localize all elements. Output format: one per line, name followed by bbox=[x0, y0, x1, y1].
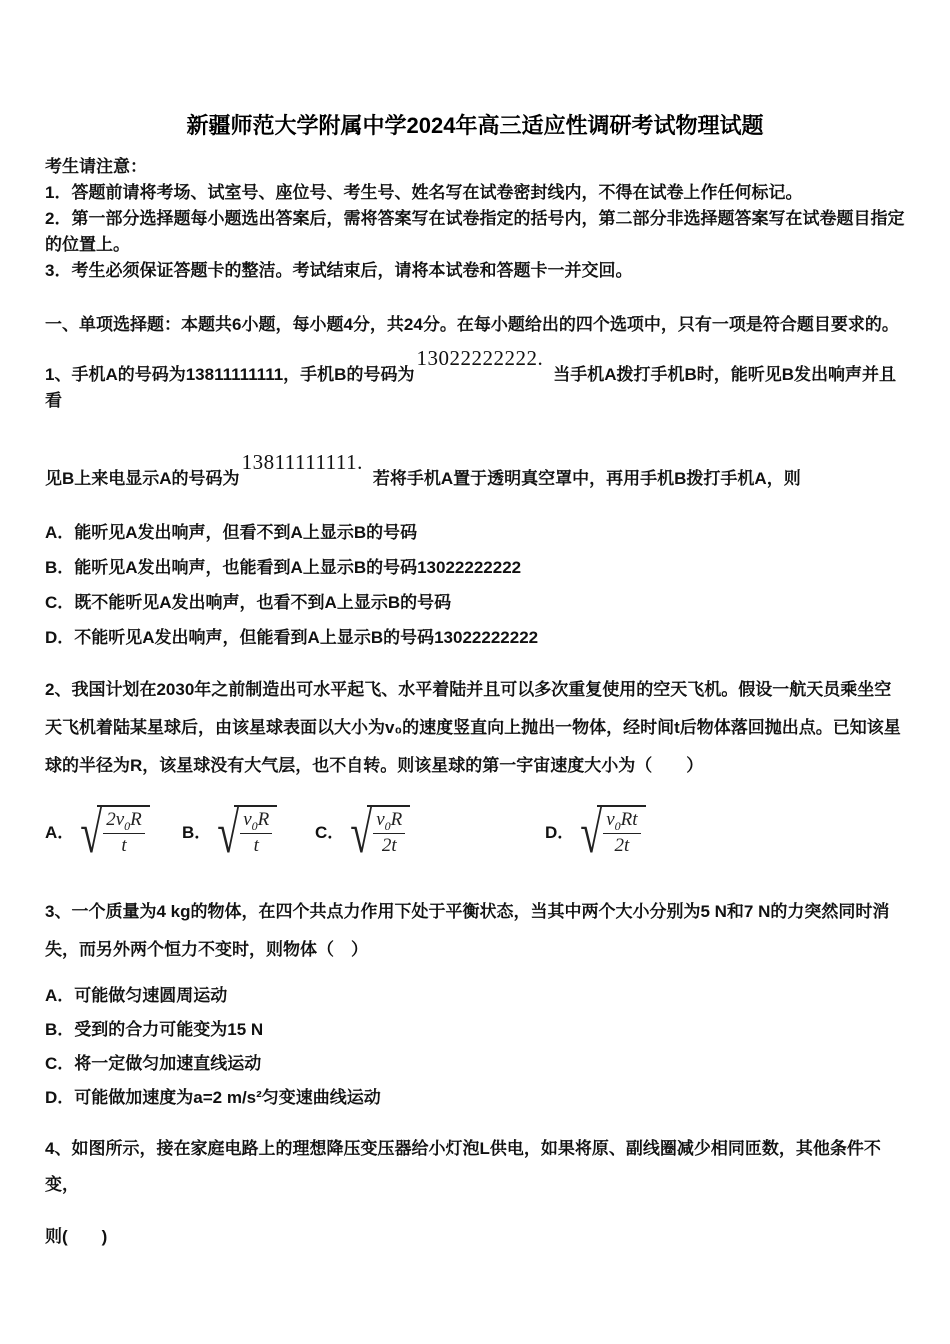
radical-sign-icon: √ bbox=[217, 804, 239, 881]
sqrt-formula: √ v0Rt 2t bbox=[580, 804, 645, 857]
q2-stem: 2、我国计划在2030年之前制造出可水平起飞、水平着陆并且可以多次重复使用的空天… bbox=[45, 671, 905, 785]
fraction-numerator: v0Rt bbox=[603, 809, 640, 834]
q3-option-b: B．受到的合力可能变为15 N bbox=[45, 1013, 905, 1047]
fraction-denominator: 2t bbox=[373, 834, 405, 857]
question-4: 4、如图所示，接在家庭电路上的理想降压变压器给小灯泡L供电，如果将原、副线圈减少… bbox=[45, 1131, 905, 1255]
radical-sign-icon: √ bbox=[350, 804, 372, 881]
q2-option-c: C． √ v0R 2t bbox=[315, 804, 545, 857]
notice-item-2: 2．第一部分选择题每小题选出答案后，需将答案写在试卷指定的括号内，第二部分非选择… bbox=[45, 206, 905, 258]
q3-stem: 3、一个质量为4 kg的物体，在四个共点力作用下处于平衡状态，当其中两个大小分别… bbox=[45, 893, 905, 969]
q3-option-d: D．可能做加速度为a=2 m/s²匀变速曲线运动 bbox=[45, 1081, 905, 1115]
q4-stem-line-1: 4、如图所示，接在家庭电路上的理想降压变压器给小灯泡L供电，如果将原、副线圈减少… bbox=[45, 1131, 905, 1203]
question-2: 2、我国计划在2030年之前制造出可水平起飞、水平着陆并且可以多次重复使用的空天… bbox=[45, 671, 905, 861]
notice-item-1: 1．答题前请将考场、试室号、座位号、考生号、姓名写在试卷密封线内，不得在试卷上作… bbox=[45, 180, 905, 206]
sqrt-formula: √ v0R 2t bbox=[350, 804, 410, 857]
exam-page: 新疆师范大学附属中学2024年高三适应性调研考试物理试题 考生请注意： 1．答题… bbox=[0, 0, 950, 1255]
q2-option-d-letter: D． bbox=[545, 818, 574, 843]
sqrt-formula: √ 2v0R t bbox=[80, 804, 150, 857]
q2-option-a: A． √ 2v0R t bbox=[45, 804, 182, 857]
q1-stem-text: 若将手机A置于透明真空罩中，再用手机B拨打手机A，则 bbox=[373, 469, 801, 488]
q3-option-a: A．可能做匀速圆周运动 bbox=[45, 979, 905, 1013]
radical-sign-icon: √ bbox=[80, 804, 102, 881]
notice-section: 考生请注意： 1．答题前请将考场、试室号、座位号、考生号、姓名写在试卷密封线内，… bbox=[45, 154, 905, 284]
q4-stem-line-2: 则( ) bbox=[45, 1219, 905, 1255]
question-3: 3、一个质量为4 kg的物体，在四个共点力作用下处于平衡状态，当其中两个大小分别… bbox=[45, 893, 905, 1115]
q1-option-d: D．不能听见A发出响声，但能看到A上显示B的号码13022222222 bbox=[45, 620, 905, 655]
radicand: v0Rt 2t bbox=[597, 805, 645, 857]
fraction-denominator: t bbox=[240, 834, 272, 857]
q2-option-d: D． √ v0Rt 2t bbox=[545, 804, 646, 857]
q1-stem-line-2: 见B上来电显示A的号码为13811111111.若将手机A置于透明真空罩中，再用… bbox=[45, 464, 905, 492]
notice-item-3: 3．考生必须保证答题卡的整洁。考试结束后，请将本试卷和答题卡一并交回。 bbox=[45, 258, 905, 284]
q1-raised-phone-number-a: 13811111111. bbox=[242, 449, 363, 475]
q2-options: A． √ 2v0R t B． √ v0R t bbox=[45, 799, 905, 861]
notice-heading: 考生请注意： bbox=[45, 154, 905, 180]
radicand: 2v0R t bbox=[97, 805, 150, 857]
page-title: 新疆师范大学附属中学2024年高三适应性调研考试物理试题 bbox=[45, 112, 905, 140]
question-1: 1、手机A的号码为13811111111，手机B的号码为13022222222.… bbox=[45, 360, 905, 655]
q2-option-c-letter: C． bbox=[315, 818, 344, 843]
fraction-numerator: v0R bbox=[240, 809, 272, 834]
q1-stem-line-1: 1、手机A的号码为13811111111，手机B的号码为13022222222.… bbox=[45, 360, 905, 414]
radicand: v0R t bbox=[234, 805, 277, 857]
q2-option-b-letter: B． bbox=[182, 818, 211, 843]
radical-sign-icon: √ bbox=[580, 804, 602, 881]
fraction-denominator: t bbox=[103, 834, 145, 857]
q1-raised-phone-number-b: 13022222222. bbox=[416, 345, 543, 371]
fraction-numerator: v0R bbox=[373, 809, 405, 834]
sqrt-formula: √ v0R t bbox=[217, 804, 277, 857]
q1-stem-text: 1、手机A的号码为13811111111，手机B的号码为 bbox=[45, 365, 414, 384]
section-heading: 一、单项选择题：本题共6小题，每小题4分，共24分。在每小题给出的四个选项中，只… bbox=[45, 312, 905, 338]
q1-option-c: C．既不能听见A发出响声，也看不到A上显示B的号码 bbox=[45, 585, 905, 620]
q3-option-c: C．将一定做匀加速直线运动 bbox=[45, 1047, 905, 1081]
q1-option-b: B．能听见A发出响声，也能看到A上显示B的号码13022222222 bbox=[45, 550, 905, 585]
q3-options: A．可能做匀速圆周运动 B．受到的合力可能变为15 N C．将一定做匀加速直线运… bbox=[45, 979, 905, 1115]
radicand: v0R 2t bbox=[367, 805, 410, 857]
q2-option-a-letter: A． bbox=[45, 818, 74, 843]
q1-option-a: A．能听见A发出响声，但看不到A上显示B的号码 bbox=[45, 515, 905, 550]
fraction-denominator: 2t bbox=[603, 834, 640, 857]
q1-stem-text: 见B上来电显示A的号码为 bbox=[45, 469, 240, 488]
q2-option-b: B． √ v0R t bbox=[182, 804, 315, 857]
fraction-numerator: 2v0R bbox=[103, 809, 145, 834]
q1-options: A．能听见A发出响声，但看不到A上显示B的号码 B．能听见A发出响声，也能看到A… bbox=[45, 515, 905, 655]
